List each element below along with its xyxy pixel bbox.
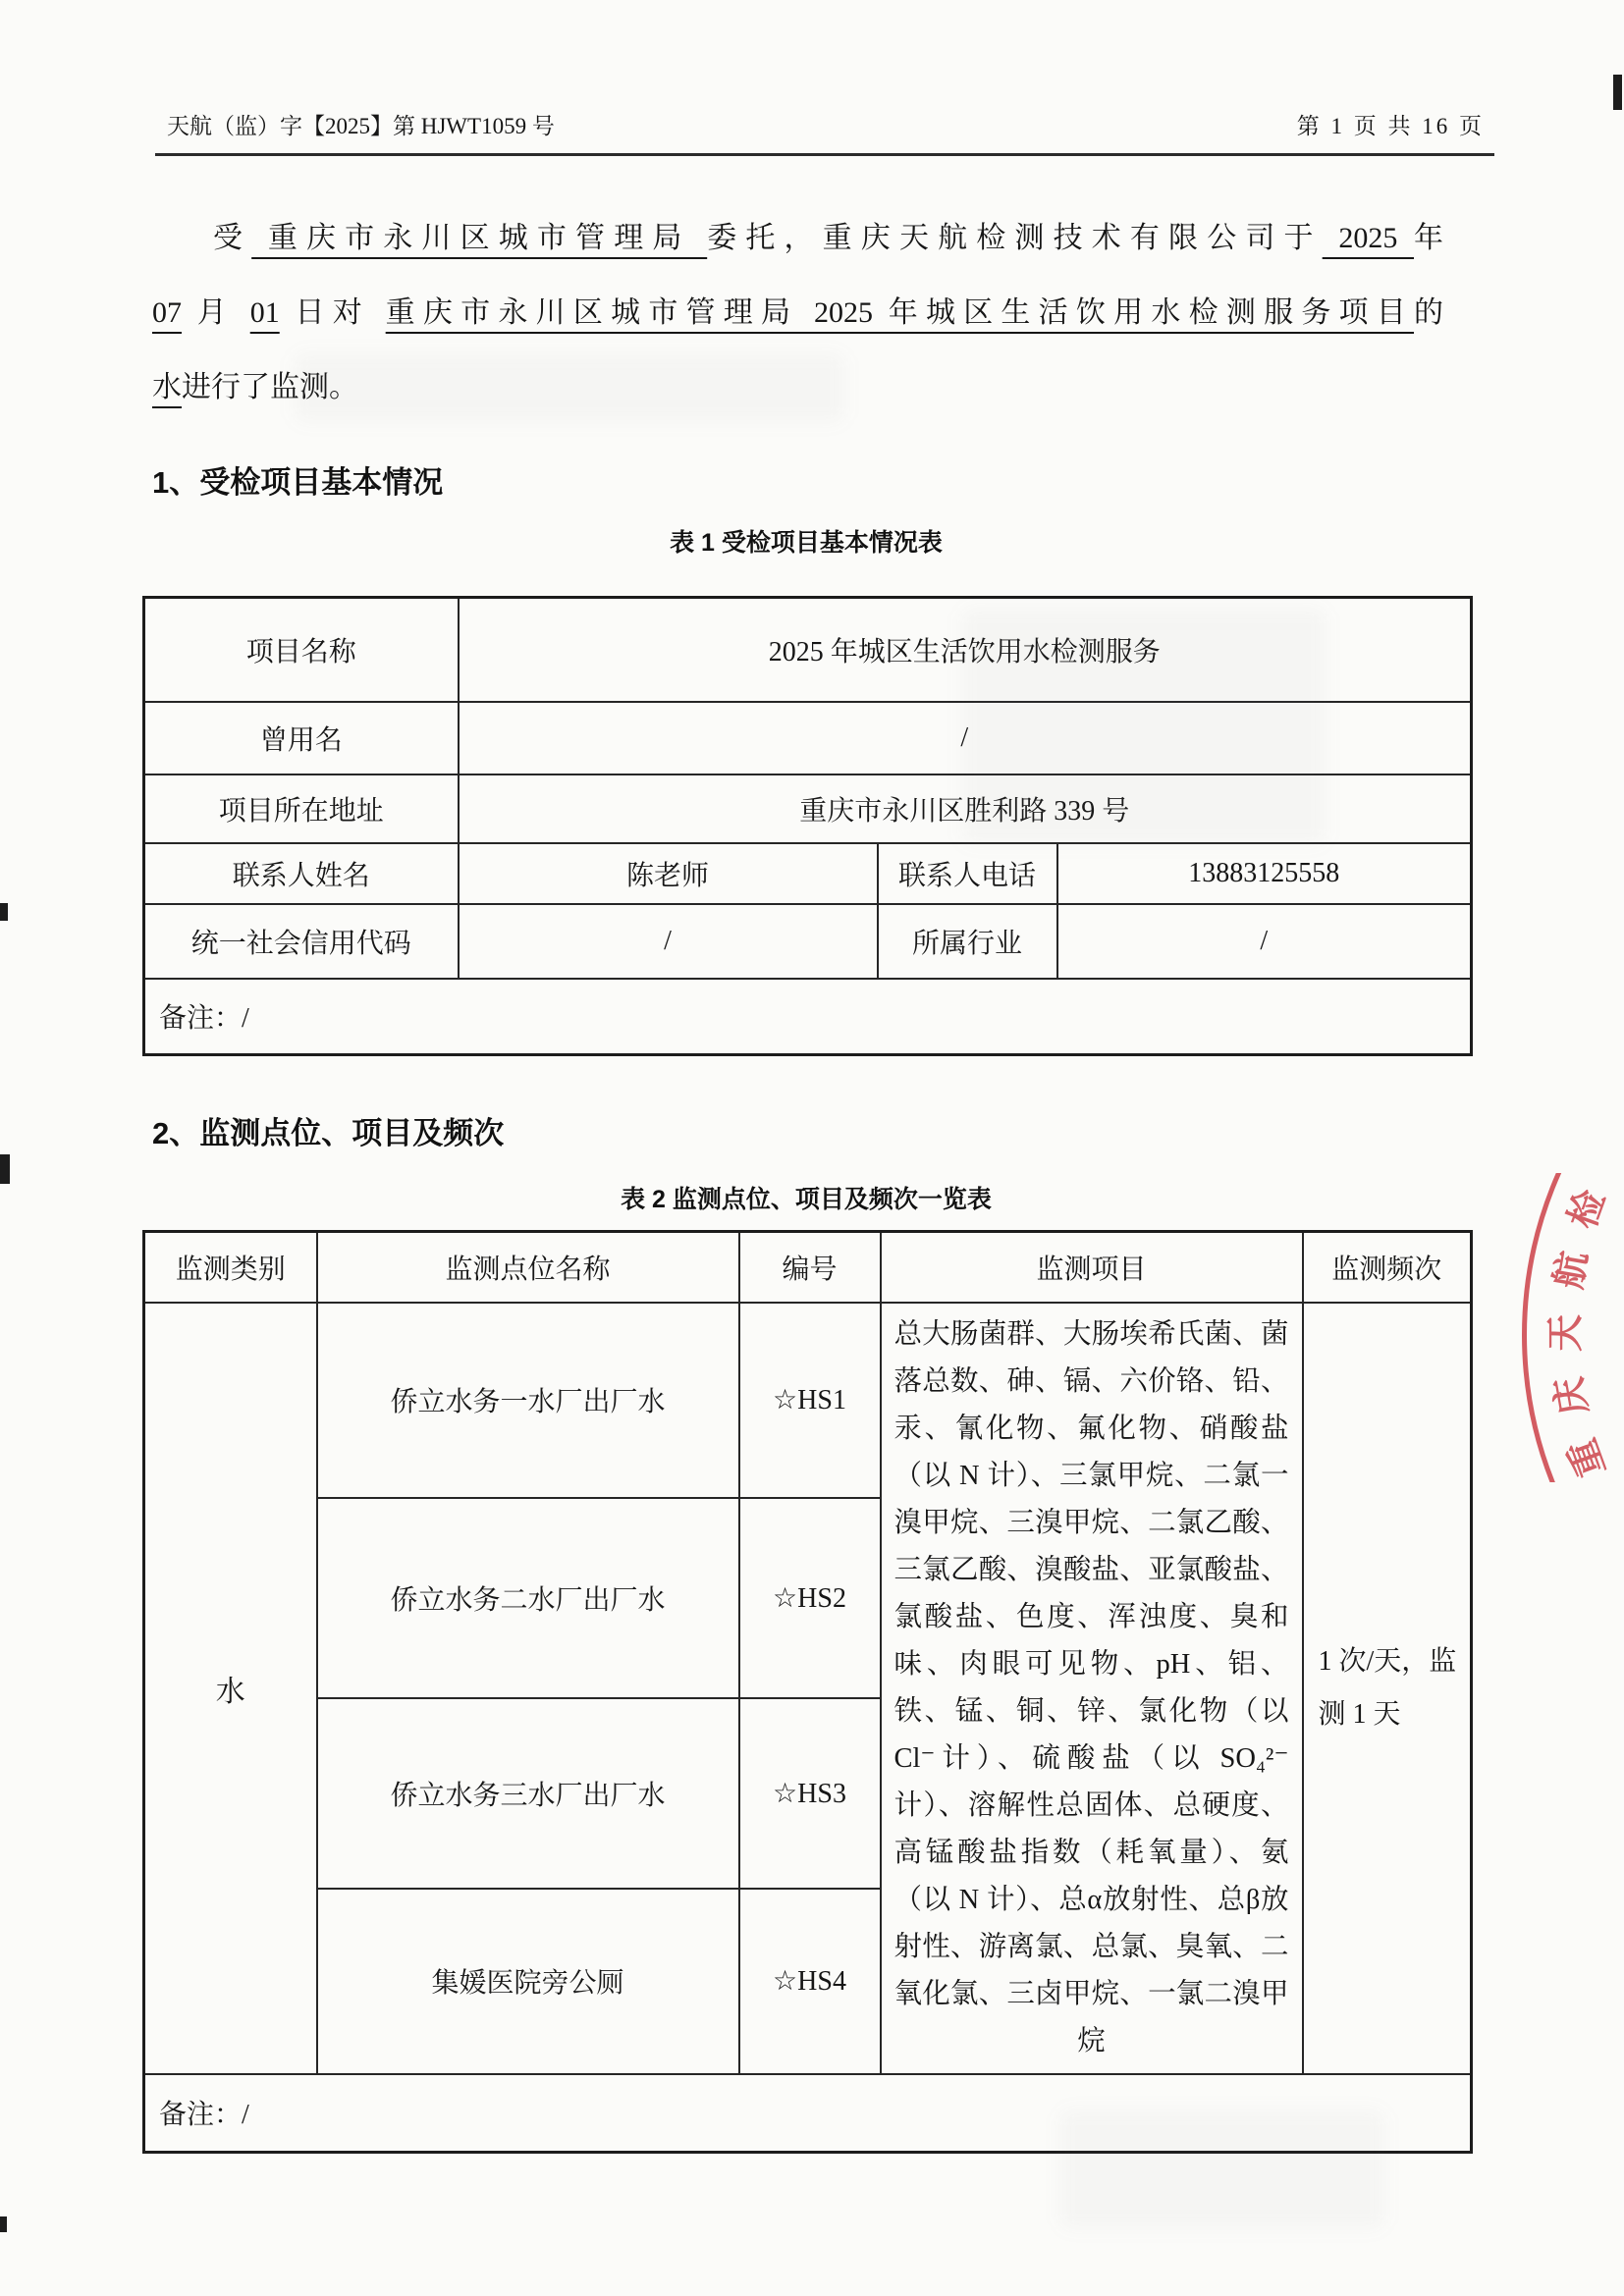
seal-character: 天 [1547,1314,1585,1352]
phone-label-cell: 联系人电话 [878,843,1057,904]
document-number: 天航（监）字【2025】第 HJWT1059 号 [167,110,555,143]
scan-artifact [1613,75,1622,110]
col-header-point-name: 监测点位名称 [317,1232,739,1303]
col-header-items: 监测项目 [881,1232,1303,1303]
header-divider [155,153,1494,156]
bleed-through-artifact [295,353,844,422]
point-code-cell: ☆HS3 [739,1698,881,1889]
monitoring-category-cell: 水 [144,1303,317,2074]
industry-label-cell: 所属行业 [878,904,1057,979]
point-code-cell: ☆HS1 [739,1303,881,1498]
underlined-entry: 07 [152,296,182,329]
monitoring-plan-table: 监测类别 监测点位名称 编号 监测项目 监测频次 水 侨立水务一水厂出厂水 ☆H… [142,1230,1473,2154]
text-run: 受 [213,222,251,254]
scan-artifact [0,903,8,921]
seal-character: 检 [1564,1186,1612,1234]
text-run: 委托，重庆天航检测技术有限公司于 [707,222,1323,254]
contact-value-cell: 陈老师 [459,843,878,904]
point-name-cell: 侨立水务二水厂出厂水 [317,1498,739,1699]
page-indicator: 第 1 页 共 16 页 [1297,110,1485,143]
seal-character: 重 [1564,1434,1612,1482]
bleed-through-artifact [962,609,1326,844]
point-name-cell: 侨立水务三水厂出厂水 [317,1698,739,1889]
point-code-cell: ☆HS2 [739,1498,881,1699]
credit-code-label-cell: 统一社会信用代码 [144,904,459,979]
bleed-through-artifact [1060,2110,1384,2228]
col-header-frequency: 监测频次 [1303,1232,1472,1303]
section-2-heading: 2、监测点位、项目及频次 [152,1112,504,1155]
underlined-entry: 水 [152,371,182,403]
table-1-remark-cell: 备注：/ [144,979,1472,1055]
col-header-category: 监测类别 [144,1232,317,1303]
scan-artifact [0,2216,7,2232]
credit-code-value-cell: / [459,904,878,979]
underlined-entry: 重庆市永川区城市管理局 2025 年城区生活饮用水检测服务项目 [386,296,1414,329]
text-run: 日对 [280,296,386,329]
seal-arc [1522,1173,1624,1482]
industry-value-cell: / [1057,904,1472,979]
text-run: 的 [1414,296,1443,329]
text-run: 年 [1414,222,1443,254]
document-page: 天航（监）字【2025】第 HJWT1059 号 第 1 页 共 16 页 受 … [0,0,1624,2296]
address-label-cell: 项目所在地址 [144,774,459,843]
point-code-cell: ☆HS4 [739,1889,881,2073]
contact-label-cell: 联系人姓名 [144,843,459,904]
point-name-cell: 侨立水务一水厂出厂水 [317,1303,739,1498]
seal-character: 庆 [1550,1374,1594,1417]
underlined-entry: 重庆市永川区城市管理局 [251,222,707,254]
page-header: 天航（监）字【2025】第 HJWT1059 号 第 1 页 共 16 页 [167,110,1485,143]
former-name-label-cell: 曾用名 [144,702,459,774]
seal-character: 航 [1550,1249,1594,1292]
table-2-caption: 表 2 监测点位、项目及频次一览表 [142,1185,1470,1214]
scan-artifact [0,1154,10,1184]
text-run: 月 [182,296,250,329]
project-name-label-cell: 项目名称 [144,598,459,702]
monitoring-frequency-cell: 1 次/天，监测 1 天 [1303,1303,1472,2074]
monitoring-items-cell: 总大肠菌群、大肠埃希氏菌、菌落总数、砷、镉、六价铬、铅、汞、氰化物、氟化物、硝酸… [881,1303,1303,2074]
phone-value-cell: 13883125558 [1057,843,1472,904]
section-1-heading: 1、受检项目基本情况 [152,461,443,505]
table-1-caption: 表 1 受检项目基本情况表 [142,528,1470,558]
point-name-cell: 集媛医院旁公厕 [317,1889,739,2073]
col-header-code: 编号 [739,1232,881,1303]
underlined-entry: 01 [250,296,280,329]
red-seal-stamp: 检 航 天 庆 重 [1512,1173,1624,1482]
intro-line-2: 07 月 01 日对 重庆市永川区城市管理局 2025 年城区生活饮用水检测服务… [152,276,1443,350]
intro-line-1: 受 重庆市永川区城市管理局 委托，重庆天航检测技术有限公司于 2025 年 [152,201,1443,276]
underlined-entry: 2025 [1323,222,1414,254]
